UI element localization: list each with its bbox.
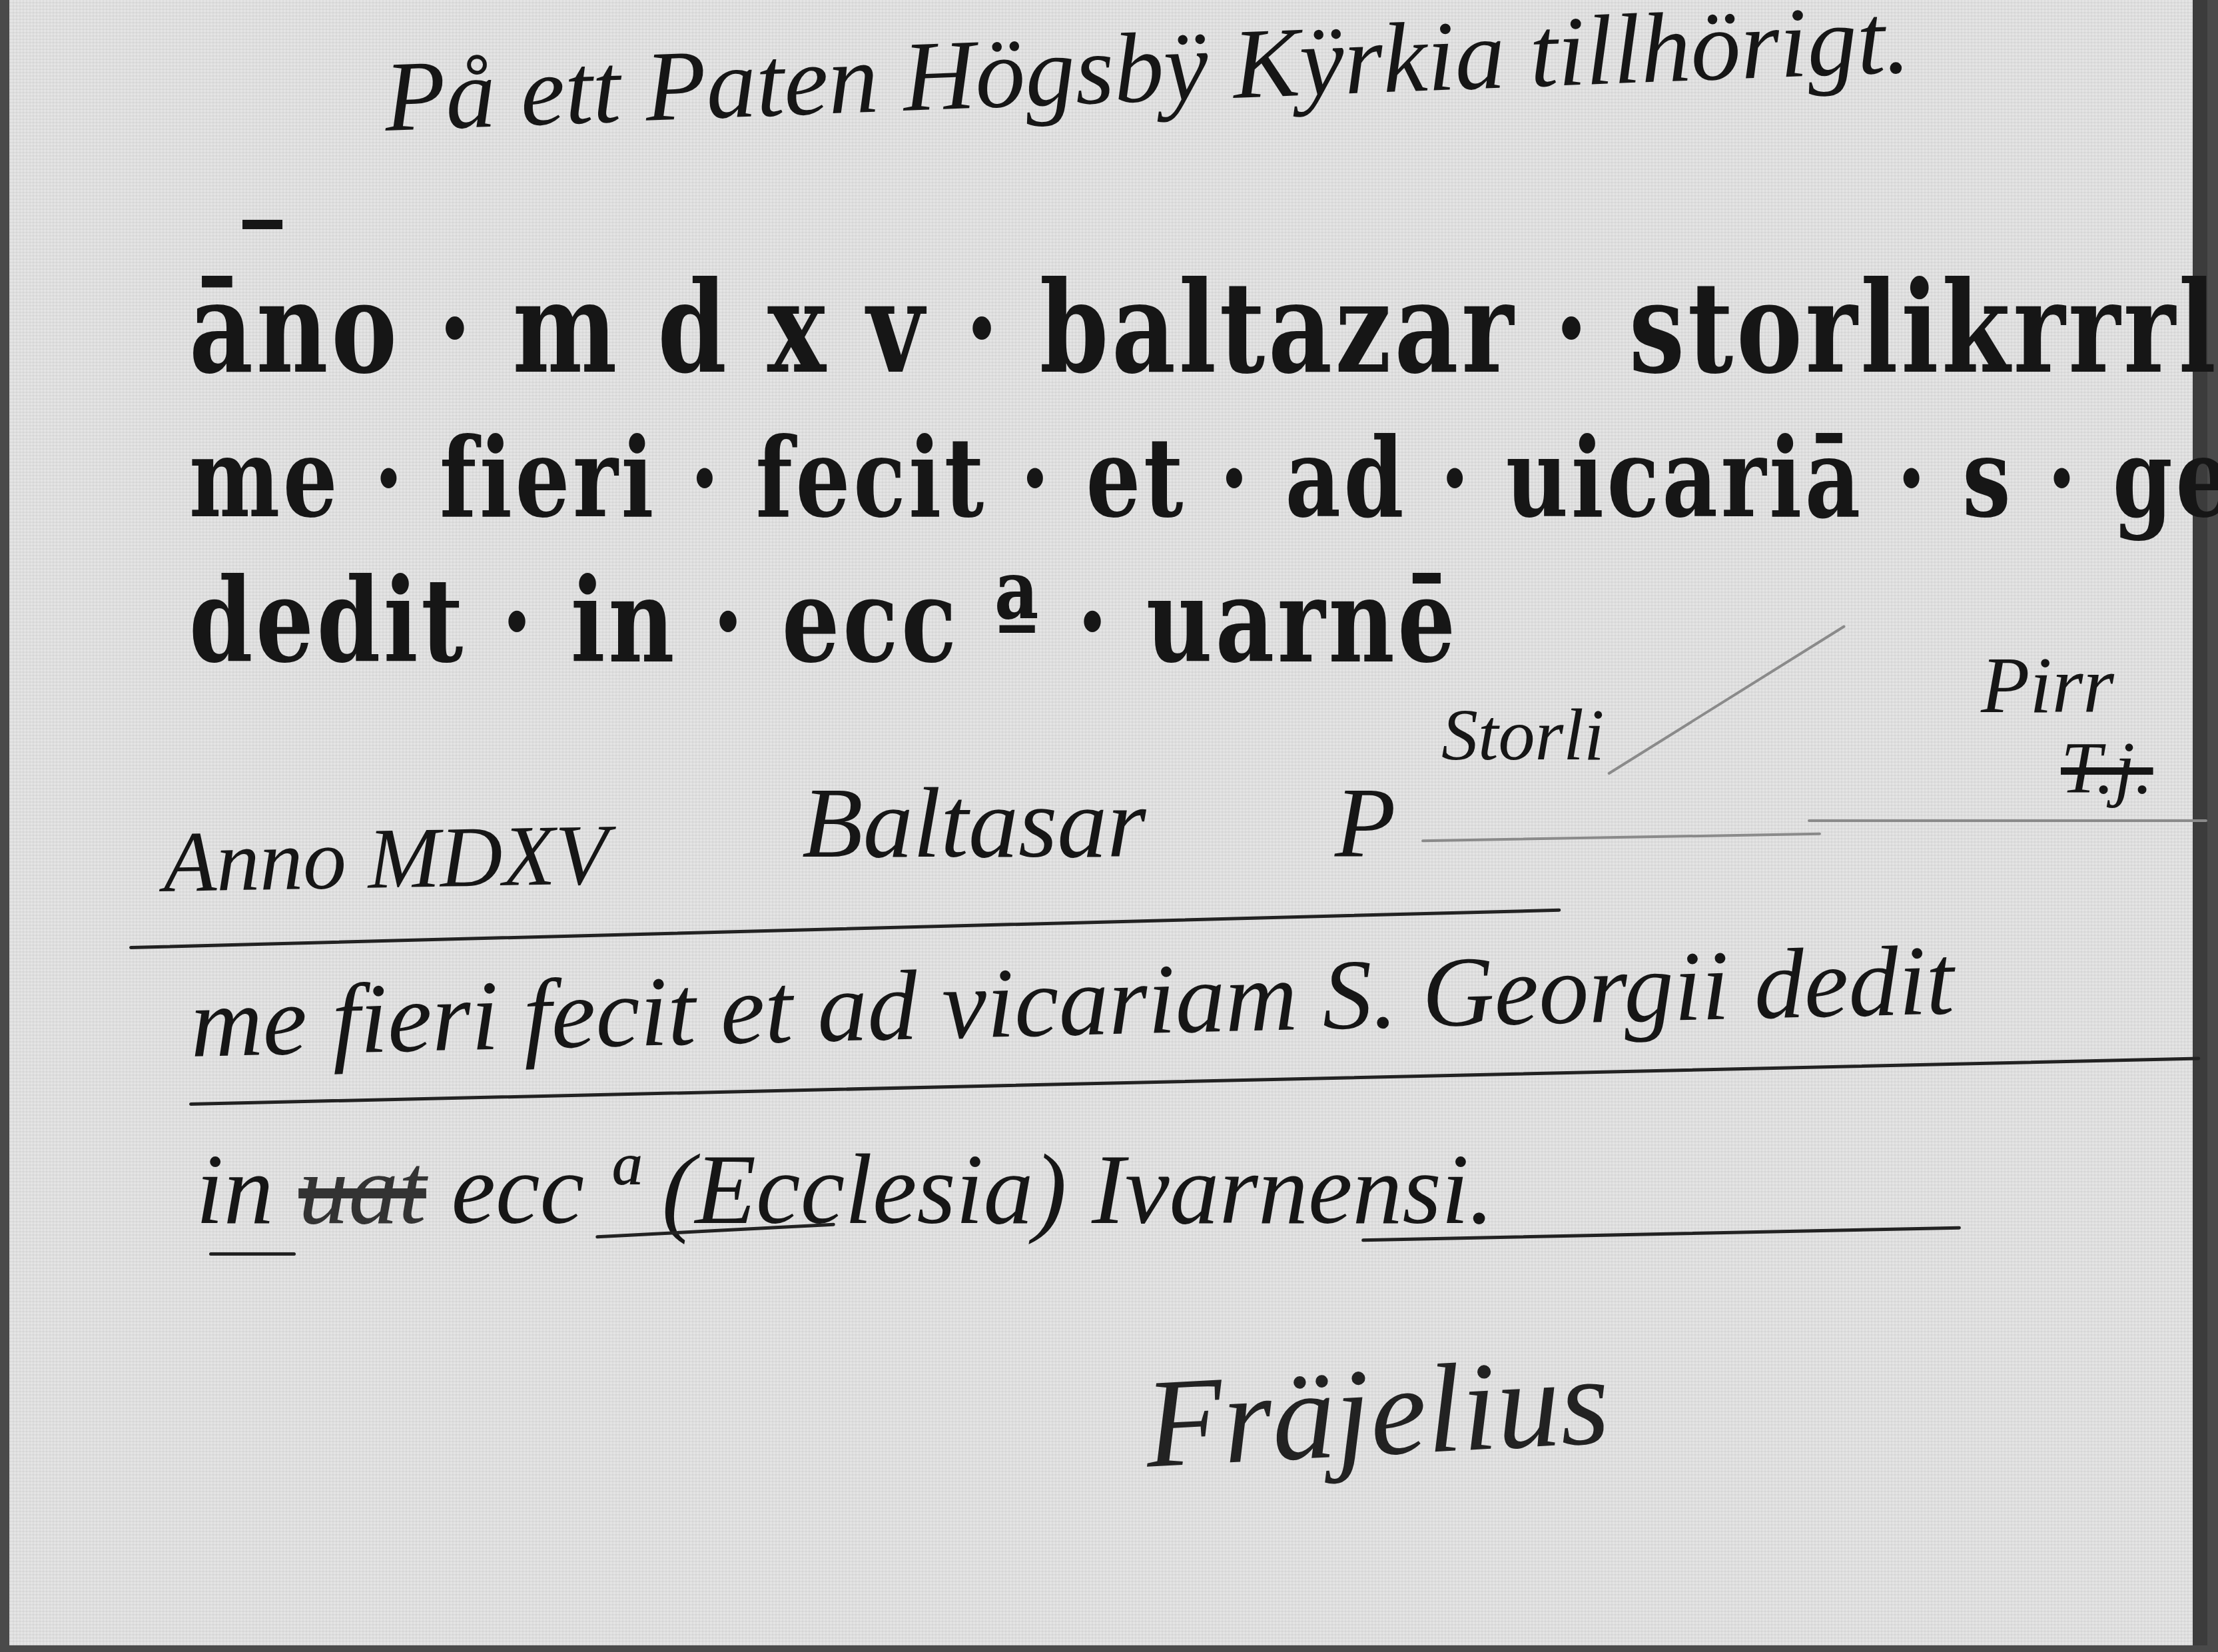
transcription-line-3: in uat ecc ª (Ecclesia) Ivarnensi. [196,1132,1494,1247]
name-baltasar: Baltasar [802,766,1146,881]
place-ivarnensi: Ivarnensi. [1092,1134,1494,1245]
margin-note-struck: T.j. [2061,726,2153,811]
transcription-line-2: me fieri fecit et ad vicariam S. Georgii… [189,923,1955,1080]
signature: Fräjelius [1142,1328,1613,1497]
underline-in [209,1252,296,1256]
abbreviation-p: P [1335,766,1396,881]
pencil-stroke [1421,833,1821,842]
pencil-diagonal [1607,625,1846,775]
gothic-inscription-line-3: dedit · in · ecc ª · uarnē [189,553,1459,689]
pencil-stroke-right [1808,819,2207,822]
margin-note-pirr: Pirr [1981,639,2114,731]
abbr-ecca: ecc ª [451,1134,637,1245]
heading: På ett Paten Högsbÿ Kÿrkia tillhörigt. [382,0,1912,155]
gothic-inscription-line-1: āno · m d x v · baltazar · storlikrrrl · [189,253,2218,402]
struck-word: uat [298,1134,426,1245]
manuscript-page: På ett Paten Högsbÿ Kÿrkia tillhörigt. ā… [9,0,2207,1645]
word-in: in [196,1134,274,1245]
interlinear-storli: Storli [1441,693,1605,777]
anno-date: Anno MDXV [163,805,609,913]
abbreviation-bar [242,220,282,229]
gothic-inscription-line-2: me · fieri · fecit · et · ad · uicariā ·… [189,413,2218,542]
